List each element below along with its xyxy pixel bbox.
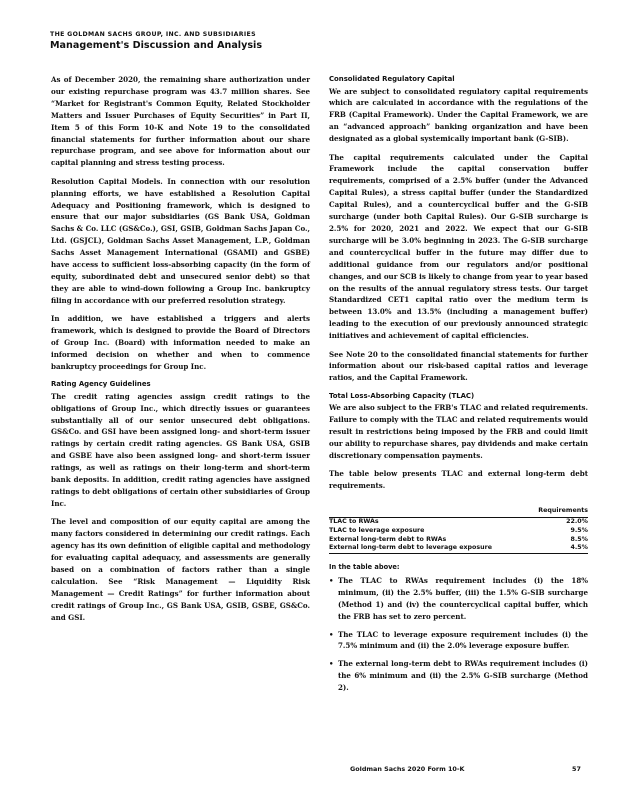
- row-value: 8.5%: [557, 536, 588, 545]
- row-label: TLAC to RWAs: [329, 518, 557, 527]
- left-column: As of December 2020, the remaining share…: [51, 74, 310, 630]
- row-label: TLAC to leverage exposure: [329, 527, 557, 536]
- note-text: The external long-term debt to RWAs requ…: [338, 658, 588, 694]
- note-text: The TLAC to RWAs requirement includes (i…: [338, 575, 588, 623]
- list-item: • The external long-term debt to RWAs re…: [329, 658, 588, 694]
- table-intro-paragraph: The table below presents TLAC and extern…: [329, 468, 588, 492]
- note-20-paragraph: See Note 20 to the consolidated financia…: [329, 349, 588, 385]
- bullet-icon: •: [329, 658, 333, 670]
- list-item: • The TLAC to RWAs requirement includes …: [329, 575, 588, 623]
- tlac-requirements-table: Requirements TLAC to RWAs 22.0% TLAC to …: [329, 506, 588, 554]
- note-text: The TLAC to leverage exposure requiremen…: [338, 629, 588, 653]
- table-row: External long-term debt to leverage expo…: [329, 544, 588, 553]
- requirements-column-header: Requirements: [329, 506, 588, 518]
- row-label: External long-term debt to leverage expo…: [329, 544, 557, 553]
- share-repurchase-paragraph: As of December 2020, the remaining share…: [51, 74, 310, 169]
- page-header: The Goldman Sachs Group, Inc. and Subsid…: [50, 31, 590, 52]
- resolution-capital-text: In connection with our resolution planni…: [51, 177, 310, 305]
- row-value: 9.5%: [557, 527, 588, 536]
- triggers-alerts-paragraph: In addition, we have established a trigg…: [51, 313, 310, 373]
- resolution-capital-runin: Resolution Capital Models.: [51, 177, 163, 186]
- capital-requirements-paragraph: The capital requirements calculated unde…: [329, 152, 588, 343]
- table-row: TLAC to leverage exposure 9.5%: [329, 527, 588, 536]
- page-number: 57: [572, 765, 581, 773]
- equity-capital-ratings-paragraph: The level and composition of our equity …: [51, 516, 310, 623]
- bullet-icon: •: [329, 629, 333, 641]
- table-notes-heading: In the table above:: [329, 562, 588, 573]
- row-value: 22.0%: [557, 518, 588, 527]
- row-value: 4.5%: [557, 544, 588, 553]
- table-row: TLAC to RWAs 22.0%: [329, 518, 588, 527]
- regulatory-capital-heading: Consolidated Regulatory Capital: [329, 74, 588, 86]
- company-name: The Goldman Sachs Group, Inc. and Subsid…: [50, 31, 590, 39]
- section-title: Management's Discussion and Analysis: [50, 39, 590, 52]
- table-notes-list: • The TLAC to RWAs requirement includes …: [329, 575, 588, 694]
- bullet-icon: •: [329, 575, 333, 587]
- tlac-heading: Total Loss-Absorbing Capacity (TLAC): [329, 391, 588, 403]
- publication-name: Goldman Sachs 2020 Form 10-K: [350, 765, 464, 773]
- page-footer: Goldman Sachs 2020 Form 10-K 57: [350, 765, 590, 773]
- table-row: External long-term debt to RWAs 8.5%: [329, 536, 588, 545]
- resolution-capital-paragraph: Resolution Capital Models. In connection…: [51, 176, 310, 307]
- row-label: External long-term debt to RWAs: [329, 536, 557, 545]
- list-item: • The TLAC to leverage exposure requirem…: [329, 629, 588, 653]
- table-header-row: Requirements: [329, 506, 588, 518]
- rating-agency-paragraph: The credit rating agencies assign credit…: [51, 391, 310, 510]
- tlac-paragraph: We are also subject to the FRB's TLAC an…: [329, 402, 588, 462]
- rating-agency-heading: Rating Agency Guidelines: [51, 379, 310, 391]
- right-column: Consolidated Regulatory Capital We are s…: [329, 74, 588, 700]
- capital-framework-paragraph: We are subject to consolidated regulator…: [329, 86, 588, 146]
